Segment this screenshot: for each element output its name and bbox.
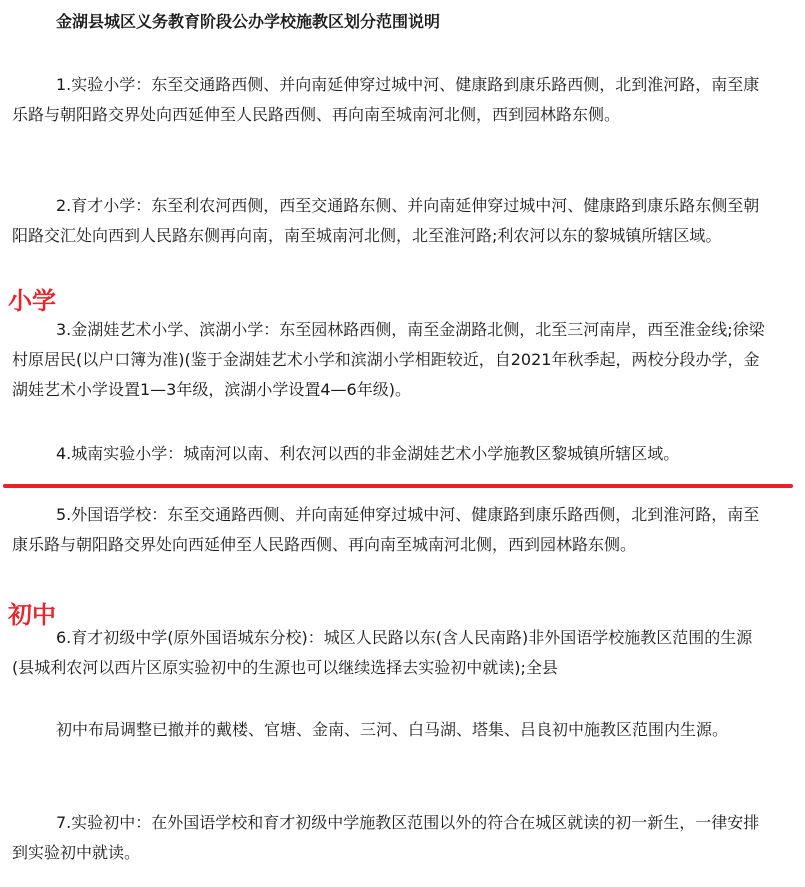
section-divider <box>3 484 793 488</box>
paragraph-shiyan-primary: 1.实验小学：东至交通路西侧、并向南延伸穿过城中河、健康路到康乐路西侧，北到淮河… <box>12 70 772 130</box>
paragraph-chengnan-primary: 4.城南实验小学：城南河以南、利农河以西的非金湖娃艺术小学施教区黎城镇所辖区域。 <box>12 439 772 469</box>
primary-school-label: 小学 <box>8 287 56 315</box>
document-title: 金湖县城区义务教育阶段公办学校施教区划分范围说明 <box>56 10 440 34</box>
paragraph-yucai-middle: 6.育才初级中学(原外国语城东分校)：城区人民路以东(含人民南路)非外国语学校施… <box>12 623 772 683</box>
paragraph-shiyan-middle: 7.实验初中：在外国语学校和育才初级中学施教区范围以外的符合在城区就读的初一新生… <box>12 808 772 868</box>
paragraph-yucai-primary: 2.育才小学：东至利农河西侧，西至交通路东侧、并向南延伸穿过城中河、健康路到康乐… <box>12 191 772 251</box>
paragraph-merged-middle-schools: 初中布局调整已撤并的戴楼、官塘、金南、三河、白马湖、塔集、吕良初中施教区范围内生… <box>12 715 772 745</box>
paragraph-jinhuwa-binhu-primary: 3.金湖娃艺术小学、滨湖小学：东至园林路西侧，南至金湖路北侧，北至三河南岸，西至… <box>12 315 772 405</box>
paragraph-foreign-language-school: 5.外国语学校：东至交通路西侧、并向南延伸穿过城中河、健康路到康乐路西侧，北到淮… <box>12 500 772 560</box>
